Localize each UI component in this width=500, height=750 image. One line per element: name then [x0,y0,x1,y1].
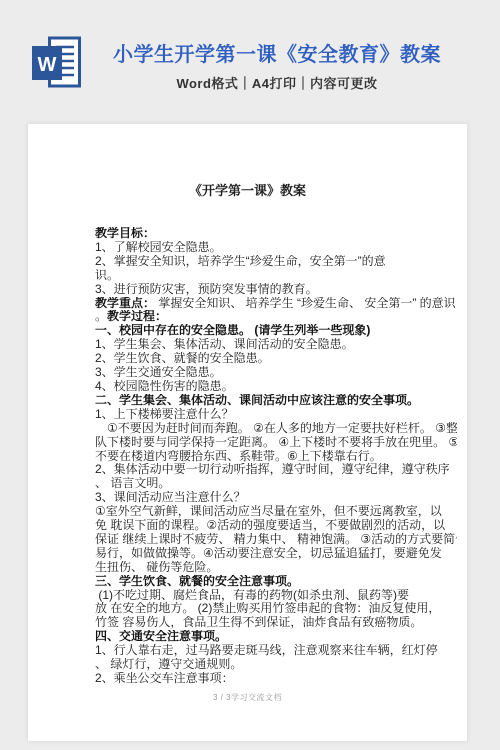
doc-text-segment: 1、行人靠右走，过马路要走斑马线，注意观察来往车辆，红灯停 [95,644,438,657]
doc-line: 三、学生饮食、就餐的安全注意事项。 [95,575,457,589]
page-subtitle: Word格式｜A4打印｜内容可更改 [54,73,500,92]
doc-line: 易行，如做做操等。④活动要注意安全，切忌猛追猛打，要避免发 [95,547,457,561]
doc-line: 、 绿灯行，遵守交通规则。 [95,658,457,672]
doc-line: 1、行人靠右走，过马路要走斑马线，注意观察来往车辆，红灯停 [95,644,457,658]
doc-line: 、 语言文明。 [95,477,457,491]
doc-text-segment: 2、乘坐公交车注意事项： [95,672,234,685]
doc-line: 3、学生交通安全隐患。 [95,366,457,380]
doc-line: 2、掌握安全知识，培养学生“珍爱生命，安全第一”的意 [95,255,457,269]
doc-line: 2、学生饮食、就餐的安全隐患。 [95,352,457,366]
doc-text-segment: 队下楼时要与同学保持一定距离。 ④上下楼时不要将手放在兜里。 ⑤ [95,436,457,449]
doc-text-segment: 1、学生集会、集体活动、课间活动的安全隐患。 [95,338,354,351]
doc-line: 2、集体活动中要一切行动听指挥，遵守时间，遵守纪律，遵守秩序 [95,463,457,477]
doc-text-segment: (1)不吃过期、腐烂食品，有毒的药物(如杀虫剂、鼠药等)要 [95,589,409,602]
document-title: 《开学第一课》教案 [28,180,467,199]
doc-line: 一、校园中存在的安全隐患。 (请学生列举一些现象) [95,324,457,338]
doc-text-segment: 不要在楼道内弯腰拾东西、系鞋带。⑥上下楼靠右行。 [95,450,382,463]
doc-line: 四、交通安全注意事项。 [95,630,457,644]
document-page: 《开学第一课》教案 教学目标：1、了解校园安全隐患。2、掌握安全知识，培养学生“… [27,123,468,742]
doc-text-segment: 、 绿灯行，遵守交通规则。 [95,658,242,671]
doc-text-segment: 3、学生交通安全隐患。 [95,366,222,379]
doc-bold-segment: 一、校园中存在的安全隐患。 (请学生列举一些现象) [95,324,370,337]
doc-line: 3、进行预防灾害，预防突发事情的教育。 [95,283,457,297]
doc-text-segment: 免 耽误下面的课程。②活动的强度要适当，不要做剧烈的活动，以 [95,519,445,532]
header-text: 小学生开学第一课《安全教育》教案 Word格式｜A4打印｜内容可更改 [54,44,500,92]
doc-line: 竹签 容易伤人，食品卫生得不到保证，油炸食品有致癌物质。 [95,616,457,630]
doc-line: ①不要因为赶时间而奔跑。 ②在人多的地方一定要扶好栏杆。 ③整 [95,422,457,436]
header: W 小学生开学第一课《安全教育》教案 Word格式｜A4打印｜内容可更改 [0,0,500,123]
doc-line: 1、上下楼梯要注意什么？ [95,408,457,422]
doc-line: 4、校园隐性伤害的隐患。 [95,380,457,394]
doc-text-segment: ①室外空气新鲜，课间活动应当尽量在室外，但不要远离教室，以 [95,505,442,518]
doc-line: 1、了解校园安全隐患。 [95,241,457,255]
doc-text-segment: 1、了解校园安全隐患。 [95,241,222,254]
doc-text-segment: ①不要因为赶时间而奔跑。 ②在人多的地方一定要扶好栏杆。 ③整 [95,422,457,435]
doc-line: ①室外空气新鲜，课间活动应当尽量在室外，但不要远离教室，以 [95,505,457,519]
doc-line: 1、学生集会、集体活动、课间活动的安全隐患。 [95,338,457,352]
doc-line: 生扭伤、 碰伤等危险。 [95,561,457,575]
doc-text-segment: 3、课间活动应当注意什么？ [95,491,246,504]
doc-text-segment: 易行，如做做操等。④活动要注意安全，切忌猛追猛打，要避免发 [95,547,442,560]
doc-text-segment: 2、学生饮食、就餐的安全隐患。 [95,352,270,365]
doc-text-segment: 识。 [95,269,119,282]
doc-bold-segment: 三、学生饮食、就餐的安全注意事项。 [95,575,299,588]
doc-text-segment: 保证 继续上课时不疲劳、 精力集中、 精神饱满。 ③活动的方式要简便 [95,533,457,546]
doc-line: 免 耽误下面的课程。②活动的强度要适当，不要做剧烈的活动，以 [95,519,457,533]
page-title: 小学生开学第一课《安全教育》教案 [54,44,500,66]
doc-text-segment: 。 [95,310,107,323]
doc-text-segment: 、 语言文明。 [95,477,170,490]
doc-line: 队下楼时要与同学保持一定距离。 ④上下楼时不要将手放在兜里。 ⑤ [95,436,457,450]
doc-bold-segment: 二、学生集会、集体活动、课间活动中应该注意的安全事项。 [95,394,419,407]
doc-bold-segment: 教学目标： [95,227,155,240]
doc-line: 二、学生集会、集体活动、课间活动中应该注意的安全事项。 [95,394,457,408]
doc-line: 教学重点： 掌握安全知识、 培养学生 “珍爱生命、 安全第一” 的意识 [95,297,457,311]
doc-bold-segment: 教学过程： [107,310,167,323]
doc-text-segment: 竹签 容易伤人，食品卫生得不到保证，油炸食品有致癌物质。 [95,616,422,629]
doc-bold-segment: 教学重点： [95,297,155,310]
doc-line: 2、乘坐公交车注意事项： [95,672,457,686]
doc-text-segment: 3、进行预防灾害，预防突发事情的教育。 [95,283,318,296]
doc-text-segment: 1、上下楼梯要注意什么？ [95,408,234,421]
doc-body: 教学目标：1、了解校园安全隐患。2、掌握安全知识，培养学生“珍爱生命，安全第一”… [28,227,467,686]
doc-text-segment: 2、集体活动中要一切行动听指挥，遵守时间，遵守纪律，遵守秩序 [95,463,450,476]
doc-line: 识。 [95,269,457,283]
doc-line: (1)不吃过期、腐烂食品，有毒的药物(如杀虫剂、鼠药等)要 [95,589,457,603]
doc-line: 。教学过程： [95,310,457,324]
doc-line: 放 在安全的地方。 (2)禁止购买用竹签串起的食物：油反复使用， [95,602,457,616]
doc-bold-segment: 四、交通安全注意事项。 [95,630,227,643]
doc-text-segment: 4、校园隐性伤害的隐患。 [95,380,234,393]
doc-line: 教学目标： [95,227,457,241]
doc-line: 保证 继续上课时不疲劳、 精力集中、 精神饱满。 ③活动的方式要简便 [95,533,457,547]
page-footer: 3 / 3学习交流文档 [28,692,467,703]
doc-text-segment: 放 在安全的地方。 (2)禁止购买用竹签串起的食物：油反复使用， [95,602,440,615]
doc-line: 不要在楼道内弯腰拾东西、系鞋带。⑥上下楼靠右行。 [95,450,457,464]
doc-text-segment: 2、掌握安全知识，培养学生“珍爱生命，安全第一”的意 [95,255,386,268]
doc-text-segment: 掌握安全知识、 培养学生 “珍爱生命、 安全第一” 的意识 [155,297,456,310]
doc-line: 3、课间活动应当注意什么？ [95,491,457,505]
doc-text-segment: 生扭伤、 碰伤等危险。 [95,561,218,574]
